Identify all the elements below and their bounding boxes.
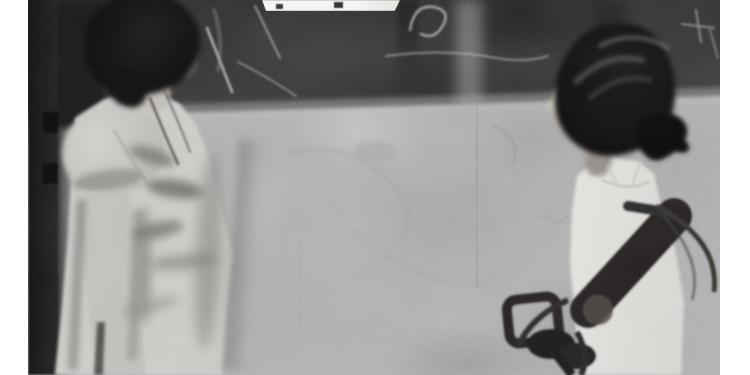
photograph [28,0,720,375]
child-figure [28,0,720,375]
left-white-border [0,0,28,375]
right-white-border [720,0,750,375]
screenshot-canvas [0,0,750,375]
